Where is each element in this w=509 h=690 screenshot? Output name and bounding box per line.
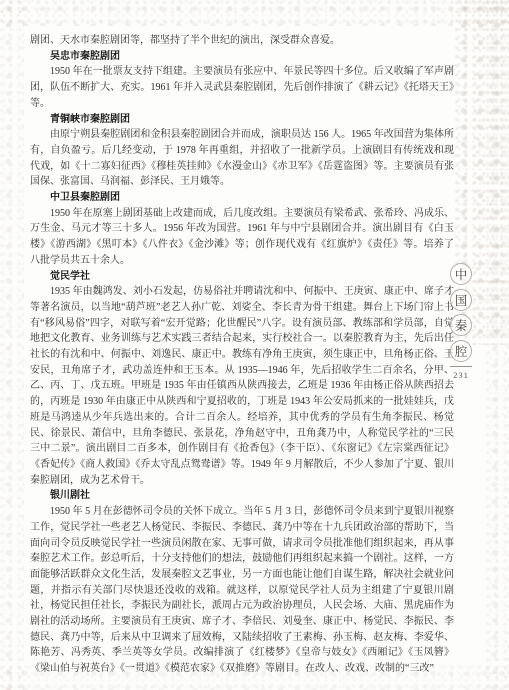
series-char-guo: 国 <box>450 289 472 311</box>
section-paragraph-yinchuan: 1950 年 5 月在彭德怀司令员的关怀下成立。当年 5 月 3 日，彭德怀司令… <box>30 504 454 677</box>
section-heading-juemin: 觉民学社 <box>30 269 454 285</box>
section-paragraph-qingtongxia: 由原宁朔县秦腔剧团和金积县秦腔剧团合并而成，演职员达 156 人。1965 年改… <box>30 127 454 190</box>
book-page: 剧团、天水市秦腔剧团等，都坚持了半个世纪的演出，深受群众喜爱。 吴忠市秦腔剧团 … <box>0 0 509 690</box>
series-char-qin: 秦 <box>450 314 472 336</box>
page-number-divider <box>450 366 472 367</box>
page-number: 231 <box>450 370 472 380</box>
intro-paragraph: 剧团、天水市秦腔剧团等，都坚持了半个世纪的演出，深受群众喜爱。 <box>30 33 454 49</box>
series-char-zhong: 中 <box>450 263 472 285</box>
decorative-border-top <box>0 0 509 26</box>
section-heading-zhongwei: 中卫县秦腔剧团 <box>30 190 454 206</box>
section-heading-yinchuan: 银川剧社 <box>30 488 454 504</box>
section-heading-wuzhong: 吴忠市秦腔剧团 <box>30 49 454 65</box>
section-paragraph-wuzhong: 1950 年在一批票友支持下组建。主要演员有张应中、年景民等四十多位。后又收编了… <box>30 64 454 111</box>
section-paragraph-juemin: 1935 年由魏鸿发、刘小石发起，仿易俗社并聘请沈和中、何振中、王庚寅、康正中、… <box>30 284 454 488</box>
series-char-qiang: 腔 <box>450 340 472 362</box>
section-heading-qingtongxia: 青铜峡市秦腔剧团 <box>30 112 454 128</box>
book-series-side-label: 中 国 秦 腔 231 <box>450 263 472 380</box>
page-text-block: 剧团、天水市秦腔剧团等，都坚持了半个世纪的演出，深受群众喜爱。 吴忠市秦腔剧团 … <box>30 33 454 677</box>
decorative-border-left <box>0 0 24 690</box>
section-paragraph-zhongwei: 1950 年在原塞上剧团基础上改建而成，后几度改组。主要演员有梁希武、张希玲、冯… <box>30 206 454 269</box>
decorative-border-right <box>486 0 509 690</box>
